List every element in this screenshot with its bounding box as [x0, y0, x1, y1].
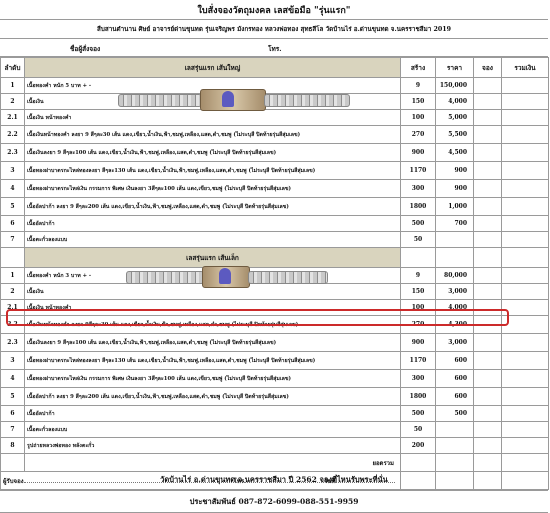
item-made-count: 100 — [401, 110, 436, 126]
item-total-input[interactable] — [502, 388, 549, 406]
item-reserve-input[interactable] — [474, 198, 502, 216]
item-description: เนื้อทองฝาบาตรกะไหล่ทองลงยา สีๆละ130 เส้… — [25, 162, 401, 180]
item-reserve-input[interactable] — [474, 162, 502, 180]
item-reserve-input[interactable] — [474, 110, 502, 126]
item-made-count: 300 — [401, 180, 436, 198]
item-reserve-input[interactable] — [474, 144, 502, 162]
item-price: 4,500 — [436, 144, 474, 162]
item-made-count: 200 — [401, 438, 436, 454]
item-made-count: 900 — [401, 144, 436, 162]
item-description: เนื้ออัลปาก้า — [25, 406, 401, 422]
item-reserve-input[interactable] — [474, 268, 502, 284]
item-reserve-input[interactable] — [474, 232, 502, 248]
item-made-count: 500 — [401, 406, 436, 422]
item-number: 5 — [1, 388, 25, 406]
item-made-count: 150 — [401, 284, 436, 300]
item-number: 2 — [1, 94, 25, 110]
table-row: 3เนื้อทองฝาบาตรกะไหล่ทองลงยา สีๆละ130 เส… — [1, 162, 549, 180]
table-row: 2.2เนื้อเงินหน้าทองคำ ลงยา 9สีๆละ30 เส้น… — [1, 316, 549, 334]
item-reserve-input[interactable] — [474, 370, 502, 388]
item-made-count: 50 — [401, 422, 436, 438]
item-reserve-input[interactable] — [474, 422, 502, 438]
item-reserve-input[interactable] — [474, 300, 502, 316]
item-total-input[interactable] — [502, 316, 549, 334]
item-total-input[interactable] — [502, 94, 549, 110]
column-header-made: สร้าง — [401, 58, 436, 78]
item-description: เนื้อเงินหน้าทองคำ ลงยา 9 สีๆละ30 เส้น แ… — [25, 126, 401, 144]
item-price: 600 — [436, 352, 474, 370]
item-description: รูปถ่ายหลวงพ่อทอง หลังตะกั่ว — [25, 438, 401, 454]
item-number: 1 — [1, 268, 25, 284]
item-number: 3 — [1, 352, 25, 370]
item-description: เนื้อตะกั่วลองแบบ — [25, 232, 401, 248]
table-row: 6เนื้ออัลปาก้า500700 — [1, 216, 549, 232]
item-made-count: 1800 — [401, 198, 436, 216]
item-made-count: 50 — [401, 232, 436, 248]
section-spacer — [474, 248, 502, 268]
item-made-count: 1170 — [401, 162, 436, 180]
item-number: 8 — [1, 438, 25, 454]
item-price: 3,000 — [436, 334, 474, 352]
item-total-input[interactable] — [502, 334, 549, 352]
bracelet-large-image — [118, 89, 348, 109]
item-description: เนื้อตะกั่วลองแบบ — [25, 422, 401, 438]
item-total-input[interactable] — [502, 406, 549, 422]
item-reserve-input[interactable] — [474, 94, 502, 110]
item-reserve-input[interactable] — [474, 284, 502, 300]
item-made-count: 270 — [401, 126, 436, 144]
item-total-input[interactable] — [502, 422, 549, 438]
section-header-row: ลำดับเลสรุ่นแรก เส้นใหญ่สร้างราคาจองรวมเ… — [1, 58, 549, 78]
item-total-input[interactable] — [502, 126, 549, 144]
subtitle-row: สืบสานตำนาน ศิษย์ อาจารย์ด่านขุนทด รุ่นเ… — [0, 20, 548, 39]
orderer-phone-label: โทร. — [268, 44, 282, 54]
table-row: 4เนื้อทองฝาบาตรกะไหล่เงิน กรรมการ พิเศษ … — [1, 370, 549, 388]
item-number: 7 — [1, 232, 25, 248]
column-header-reserve: จอง — [474, 58, 502, 78]
item-number: 2.3 — [1, 144, 25, 162]
item-number: 3 — [1, 162, 25, 180]
item-description: เนื้อเงินหน้าทองคำ ลงยา 9สีๆละ30 เส้น แด… — [25, 316, 401, 334]
item-number: 2.1 — [1, 110, 25, 126]
item-description: เนื้อทองฝาบาตรกะไหล่เงิน กรรมการ พิเศษ เ… — [25, 370, 401, 388]
item-total-input[interactable] — [502, 232, 549, 248]
item-price: 3,000 — [436, 284, 474, 300]
footer-contact: ประชาสัมพันธ์ 087-872-6099-088-551-9959 — [190, 496, 359, 508]
item-price — [436, 232, 474, 248]
item-total-input[interactable] — [502, 268, 549, 284]
item-reserve-input[interactable] — [474, 334, 502, 352]
item-number: 7 — [1, 422, 25, 438]
item-total-input[interactable] — [502, 144, 549, 162]
item-made-count: 900 — [401, 334, 436, 352]
item-reserve-input[interactable] — [474, 216, 502, 232]
item-price: 80,000 — [436, 268, 474, 284]
item-number: 4 — [1, 370, 25, 388]
table-row: 7เนื้อตะกั่วลองแบบ50 — [1, 422, 549, 438]
table-row: 4เนื้อทองฝาบาตรกะไหล่เงิน กรรมการ พิเศษ … — [1, 180, 549, 198]
item-price: 900 — [436, 180, 474, 198]
item-price: 700 — [436, 216, 474, 232]
column-header-total: รวมเงิน — [502, 58, 549, 78]
item-number: 2.2 — [1, 126, 25, 144]
item-description: เนื้อเงิน หน้าทองคำ — [25, 110, 401, 126]
table-row: 2.2เนื้อเงินหน้าทองคำ ลงยา 9 สีๆละ30 เส้… — [1, 126, 549, 144]
column-header-price: ราคา — [436, 58, 474, 78]
column-header-index: ลำดับ — [1, 58, 25, 78]
table-row: 2.3เนื้อเงินลงยา 9 สีๆละ100 เส้น แดง,เขี… — [1, 334, 549, 352]
item-total-input[interactable] — [502, 78, 549, 94]
orderer-name-label: ชื่อผู้สั่งจอง — [70, 44, 100, 54]
item-number: 2.1 — [1, 300, 25, 316]
item-total-input[interactable] — [502, 438, 549, 454]
item-made-count: 9 — [401, 268, 436, 284]
item-price: 4,000 — [436, 300, 474, 316]
item-made-count: 500 — [401, 216, 436, 232]
section-header-row: เลสรุ่นแรก เส้นเล็ก — [1, 248, 549, 268]
item-number: 2 — [1, 284, 25, 300]
item-price — [436, 438, 474, 454]
item-total-input[interactable] — [502, 216, 549, 232]
table-row: 2.3เนื้อเงินลงยา 9 สีๆละ100 เส้น แดง,เขี… — [1, 144, 549, 162]
item-price: 4,000 — [436, 94, 474, 110]
item-reserve-input[interactable] — [474, 406, 502, 422]
bracelet-small-image — [126, 266, 326, 286]
item-reserve-input[interactable] — [474, 316, 502, 334]
item-reserve-input[interactable] — [474, 126, 502, 144]
item-number: 6 — [1, 216, 25, 232]
item-price: 600 — [436, 370, 474, 388]
item-description: เนื้ออัลปาก้า ลงยา 9 สีๆละ200 เส้น แดง,เ… — [25, 198, 401, 216]
item-reserve-input[interactable] — [474, 438, 502, 454]
item-price: 900 — [436, 162, 474, 180]
item-number: 2.2 — [1, 316, 25, 334]
item-made-count: 270 — [401, 316, 436, 334]
item-reserve-input[interactable] — [474, 352, 502, 370]
item-description: เนื้อทองฝาบาตรกะไหล่เงิน กรรมการ พิเศษ เ… — [25, 180, 401, 198]
item-number: 2.3 — [1, 334, 25, 352]
item-made-count: 300 — [401, 370, 436, 388]
item-number: 1 — [1, 78, 25, 94]
table-row: 3เนื้อทองฝาบาตรกะไหล่ทองลงยา สีๆละ130 เส… — [1, 352, 549, 370]
item-description: เนื้ออัลปาก้า ลงยา 9 สีๆละ200 เส้น แดง,เ… — [25, 388, 401, 406]
section-spacer — [502, 248, 549, 268]
item-reserve-input[interactable] — [474, 180, 502, 198]
title-row: ใบสั่งจองวัตถุมงคล เลสข้อมือ "รุ่นแรก" — [0, 0, 548, 20]
item-total-input[interactable] — [502, 110, 549, 126]
section-spacer — [401, 248, 436, 268]
item-total-input[interactable] — [502, 180, 549, 198]
item-reserve-input[interactable] — [474, 388, 502, 406]
item-reserve-input[interactable] — [474, 78, 502, 94]
table-row: 7เนื้อตะกั่วลองแบบ50 — [1, 232, 549, 248]
item-description: เนื้อทองฝาบาตรกะไหล่ทองลงยา สีๆละ130 เส้… — [25, 352, 401, 370]
item-made-count: 1170 — [401, 352, 436, 370]
footer-address-row: วัดบ้านไร่ อ.ด่านขุนทด จ.นครราชสีมา ปี 2… — [0, 469, 548, 491]
form-subtitle: สืบสานตำนาน ศิษย์ อาจารย์ด่านขุนทด รุ่นเ… — [97, 24, 451, 34]
item-number: 6 — [1, 406, 25, 422]
item-total-input[interactable] — [502, 198, 549, 216]
item-made-count: 150 — [401, 94, 436, 110]
order-form-sheet: ใบสั่งจองวัตถุมงคล เลสข้อมือ "รุ่นแรก" ส… — [0, 0, 550, 513]
orderer-row: ชื่อผู้สั่งจอง โทร. — [0, 39, 548, 57]
item-made-count: 9 — [401, 78, 436, 94]
table-row: 6เนื้ออัลปาก้า500500 — [1, 406, 549, 422]
item-price: 1,000 — [436, 198, 474, 216]
form-title: ใบสั่งจองวัตถุมงคล เลสข้อมือ "รุ่นแรก" — [198, 3, 351, 17]
item-price: 500 — [436, 406, 474, 422]
item-description: เนื้อเงินลงยา 9 สีๆละ100 เส้น แดง,เขียว,… — [25, 334, 401, 352]
section-spacer — [1, 248, 25, 268]
table-row: 8รูปถ่ายหลวงพ่อทอง หลังตะกั่ว200 — [1, 438, 549, 454]
item-price: 4,300 — [436, 316, 474, 334]
section-spacer — [436, 248, 474, 268]
item-total-input[interactable] — [502, 300, 549, 316]
table-row: 5เนื้ออัลปาก้า ลงยา 9 สีๆละ200 เส้น แดง,… — [1, 388, 549, 406]
item-price: 150,000 — [436, 78, 474, 94]
table-row: 2.1เนื้อเงิน หน้าทองคำ1004,000 — [1, 300, 549, 316]
item-total-input[interactable] — [502, 284, 549, 300]
item-description: เนื้อเงินลงยา 9 สีๆละ100 เส้น แดง,เขียว,… — [25, 144, 401, 162]
table-row: 5เนื้ออัลปาก้า ลงยา 9 สีๆละ200 เส้น แดง,… — [1, 198, 549, 216]
item-description: เนื้ออัลปาก้า — [25, 216, 401, 232]
footer-address: วัดบ้านไร่ อ.ด่านขุนทด จ.นครราชสีมา ปี 2… — [160, 474, 388, 486]
item-total-input[interactable] — [502, 370, 549, 388]
item-description: เนื้อเงิน หน้าทองคำ — [25, 300, 401, 316]
table-row: 2.1เนื้อเงิน หน้าทองคำ1005,000 — [1, 110, 549, 126]
item-made-count: 100 — [401, 300, 436, 316]
item-price: 600 — [436, 388, 474, 406]
section-title: เลสรุ่นแรก เส้นเล็ก — [25, 248, 401, 268]
item-price — [436, 422, 474, 438]
item-number: 4 — [1, 180, 25, 198]
section-title: เลสรุ่นแรก เส้นใหญ่ — [25, 58, 401, 78]
footer-contact-row: ประชาสัมพันธ์ 087-872-6099-088-551-9959 — [0, 491, 548, 513]
item-number: 5 — [1, 198, 25, 216]
item-price: 5,000 — [436, 110, 474, 126]
item-price: 5,500 — [436, 126, 474, 144]
item-total-input[interactable] — [502, 162, 549, 180]
item-made-count: 1800 — [401, 388, 436, 406]
item-total-input[interactable] — [502, 352, 549, 370]
